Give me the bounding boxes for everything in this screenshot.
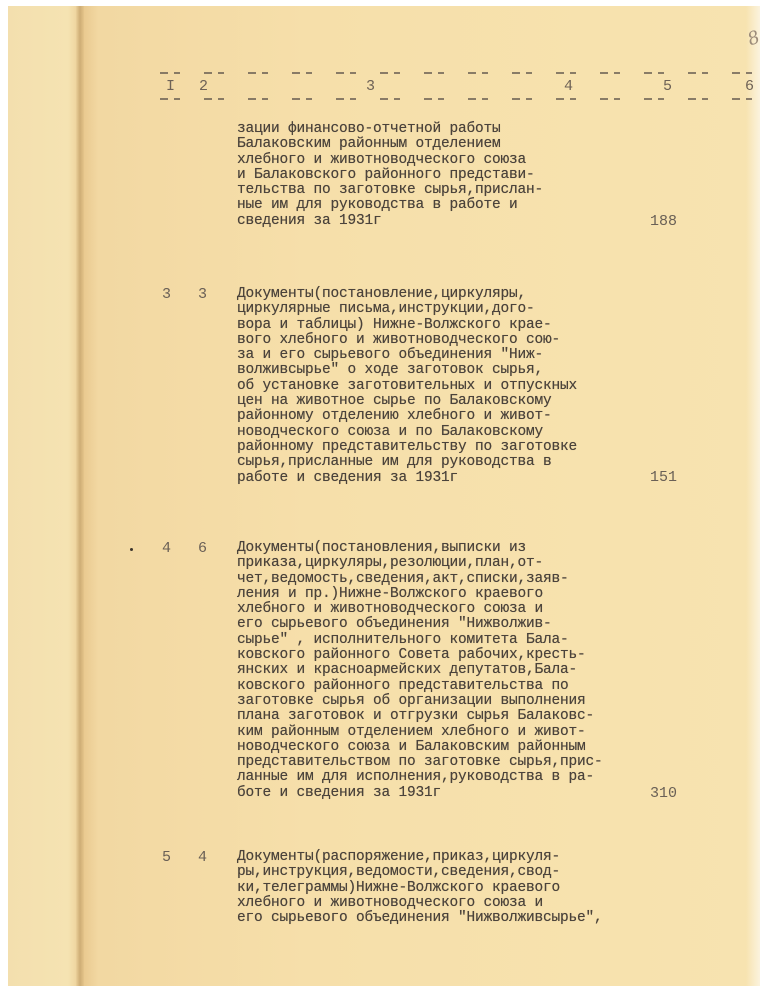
ink-mark bbox=[130, 548, 133, 551]
record-sheet: 3 bbox=[198, 287, 207, 302]
record-number: 3 bbox=[162, 287, 171, 302]
column-header-2: 2 bbox=[199, 78, 208, 95]
record-page-count: 188 bbox=[650, 214, 677, 229]
column-header-row: I 2 3 4 5 6 bbox=[0, 78, 768, 98]
column-header-1: I bbox=[166, 78, 175, 95]
record-number: 4 bbox=[162, 541, 171, 556]
record-number: 5 bbox=[162, 850, 171, 865]
record-title: Документы(постановления,выписки из прика… bbox=[237, 541, 657, 801]
record-title: зации финансово-отчетной работы Балаковс… bbox=[237, 122, 657, 229]
column-header-5: 5 bbox=[663, 78, 672, 95]
header-rule-top bbox=[160, 72, 760, 74]
record-title: Документы(распоряжение,приказ,циркуля- р… bbox=[237, 850, 657, 926]
page-edge bbox=[746, 6, 760, 986]
column-header-6: 6 bbox=[745, 78, 754, 95]
record-sheet: 4 bbox=[198, 850, 207, 865]
record-page-count: 310 bbox=[650, 786, 677, 801]
record-sheet: 6 bbox=[198, 541, 207, 556]
column-header-4: 4 bbox=[564, 78, 573, 95]
column-header-3: 3 bbox=[366, 78, 375, 95]
page-fold-shadow bbox=[76, 6, 84, 986]
record-title: Документы(постановление,циркуляры, цирку… bbox=[237, 287, 657, 486]
record-page-count: 151 bbox=[650, 470, 677, 485]
header-rule-bottom bbox=[160, 98, 760, 100]
